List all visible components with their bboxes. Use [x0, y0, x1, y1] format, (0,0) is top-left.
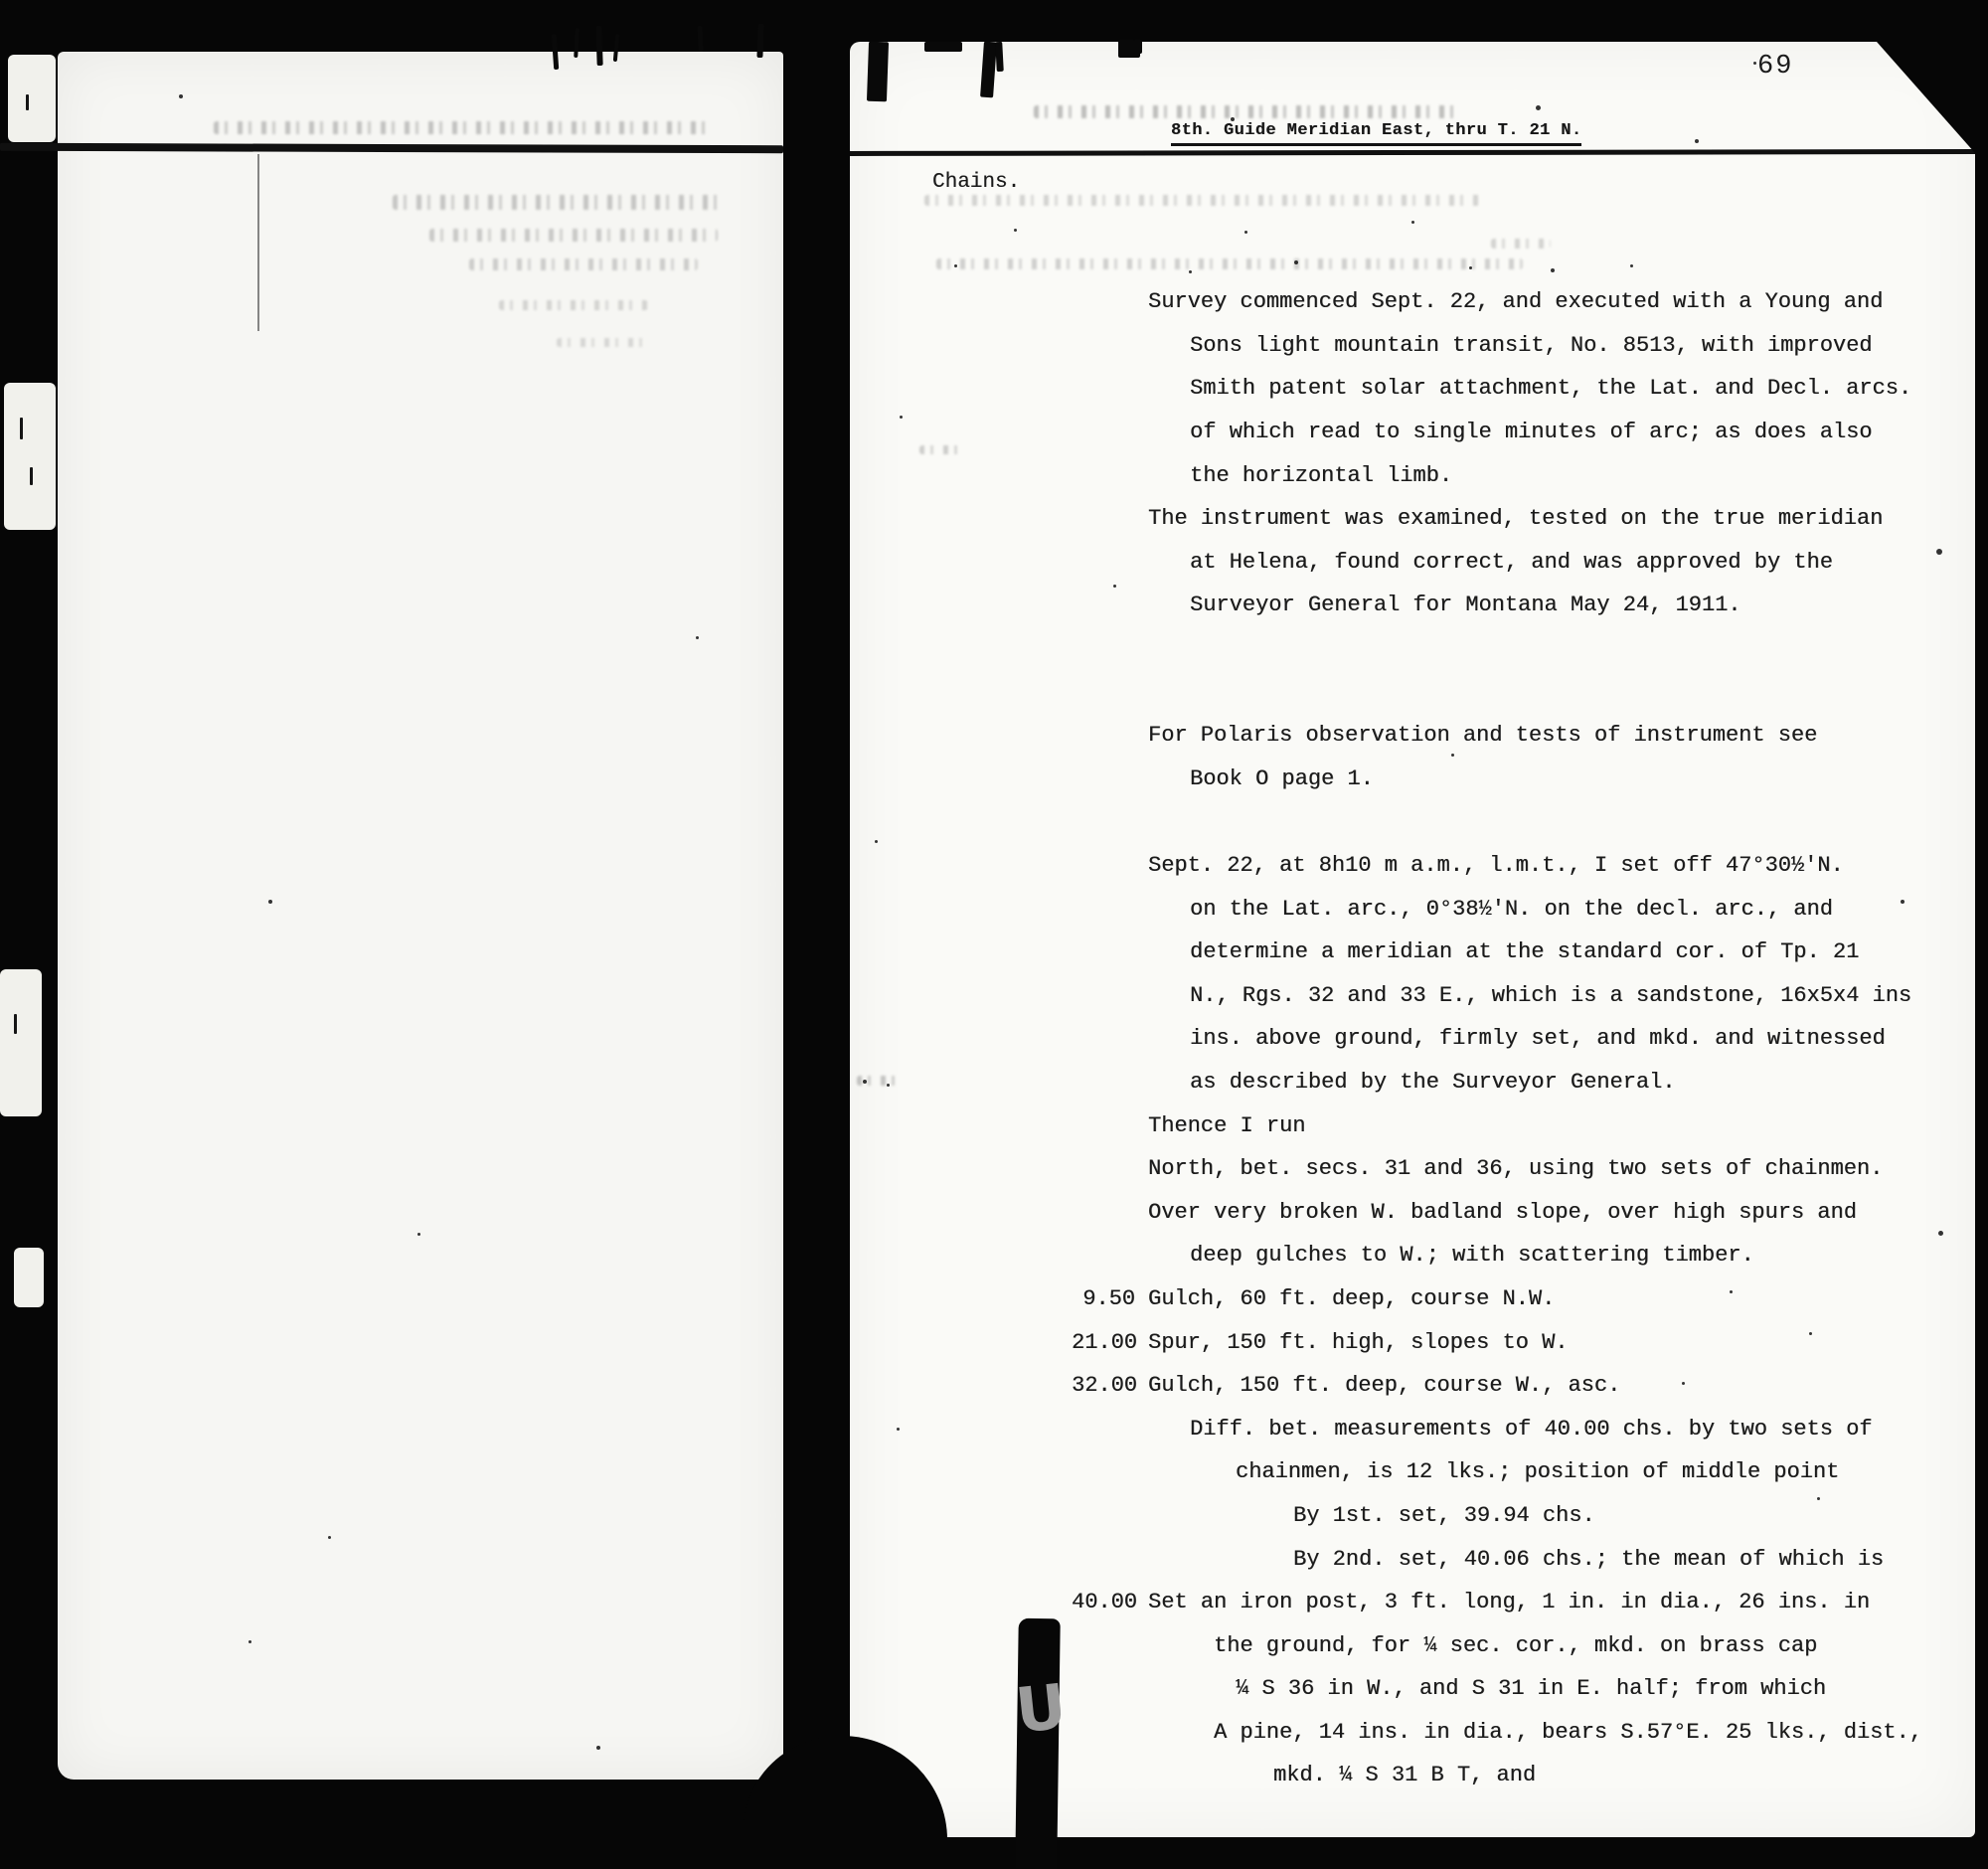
- note-line-text: Smith patent solar attachment, the Lat. …: [1148, 376, 1911, 401]
- scanned-survey-notebook: 69 8th. Guide Meridian East, thru T. 21 …: [0, 0, 1988, 1869]
- scan-speck: [1536, 105, 1541, 110]
- note-line: at Helena, found correct, and was approv…: [1072, 541, 1956, 585]
- scan-speck: [1244, 231, 1247, 234]
- note-line: 32.00 Gulch, 150 ft. deep, course W., as…: [1072, 1364, 1956, 1408]
- chains-column-header: Chains.: [932, 171, 1020, 194]
- bleedthrough-smudge: [936, 258, 1523, 269]
- page-title: 8th. Guide Meridian East, thru T. 21 N.: [1171, 121, 1581, 146]
- bleedthrough-smudge: [393, 195, 721, 210]
- scan-speck: [1753, 62, 1756, 65]
- scan-speck: [1113, 585, 1116, 588]
- note-line-text: Set an iron post, 3 ft. long, 1 in. in d…: [1148, 1590, 1870, 1614]
- note-line-text: Book O page 1.: [1148, 766, 1374, 791]
- bleedthrough-smudge: [429, 229, 718, 242]
- note-line-text: of which read to single minutes of arc; …: [1148, 420, 1873, 444]
- bleedthrough-smudge: [1491, 239, 1551, 249]
- scan-streak: [924, 42, 962, 52]
- note-line-text: Sons light mountain transit, No. 8513, w…: [1148, 333, 1873, 358]
- chainage-value: 40.00: [1072, 1590, 1135, 1614]
- note-line: Smith patent solar attachment, the Lat. …: [1072, 367, 1956, 411]
- scan-speck: [1938, 1231, 1943, 1236]
- scan-streak: [995, 42, 1004, 72]
- scan-speck: [1936, 549, 1942, 555]
- scan-streak: [595, 26, 602, 66]
- note-line: the ground, for ¼ sec. cor., mkd. on bra…: [1072, 1623, 1956, 1667]
- fold-crease: [257, 154, 259, 331]
- note-line-text: N., Rgs. 32 and 33 E., which is a sandst…: [1148, 983, 1911, 1008]
- bleedthrough-smudge: [924, 195, 1481, 206]
- scan-speck: [897, 1428, 900, 1431]
- note-line: Sept. 22, at 8h10 m a.m., l.m.t., I set …: [1072, 844, 1956, 888]
- scan-speck: [863, 1080, 867, 1084]
- scan-speck: [1411, 221, 1414, 224]
- scan-speck: [1451, 754, 1454, 757]
- bleedthrough-smudge: [469, 258, 698, 270]
- scan-speck: [1469, 266, 1472, 269]
- note-line: on the Lat. arc., 0°38½'N. on the decl. …: [1072, 887, 1956, 931]
- chainage-value: 32.00: [1072, 1373, 1135, 1398]
- border-gap-mark: [26, 94, 29, 110]
- note-line-text: For Polaris observation and tests of ins…: [1148, 723, 1817, 748]
- scan-speck: [417, 1233, 420, 1236]
- bleedthrough-smudge: [919, 445, 959, 454]
- note-line: determine a meridian at the standard cor…: [1072, 931, 1956, 974]
- scan-speck: [268, 900, 272, 904]
- note-line-text: Surveyor General for Montana May 24, 191…: [1148, 593, 1741, 617]
- watermark-glyph: U: [1013, 1676, 1070, 1743]
- note-line: deep gulches to W.; with scattering timb…: [1072, 1234, 1956, 1277]
- note-line-text: Gulch, 150 ft. deep, course W., asc.: [1148, 1373, 1620, 1398]
- note-line-text: ¼ S 36 in W., and S 31 in E. half; from …: [1148, 1676, 1826, 1701]
- note-line-text: on the Lat. arc., 0°38½'N. on the decl. …: [1148, 897, 1833, 922]
- note-line: mkd. ¼ S 31 B T, and: [1072, 1754, 1956, 1797]
- note-line: The instrument was examined, tested on t…: [1072, 497, 1956, 541]
- note-line-text: mkd. ¼ S 31 B T, and: [1148, 1763, 1536, 1787]
- scan-streak: [1133, 40, 1142, 54]
- note-line: chainmen, is 12 lks.; position of middle…: [1072, 1450, 1956, 1494]
- note-line: [1072, 627, 1956, 671]
- note-line-text: at Helena, found correct, and was approv…: [1148, 550, 1833, 575]
- note-line: as described by the Surveyor General.: [1072, 1061, 1956, 1104]
- scan-speck: [1551, 268, 1555, 272]
- note-line: Book O page 1.: [1072, 758, 1956, 801]
- scan-speck: [1294, 260, 1298, 264]
- scan-speck: [1817, 1497, 1820, 1500]
- note-line-text: Survey commenced Sept. 22, and executed …: [1148, 289, 1883, 314]
- scan-speck: [1809, 1332, 1812, 1335]
- bleedthrough-smudge: [557, 338, 646, 347]
- scan-speck: [1682, 1382, 1685, 1385]
- left-page: [58, 52, 783, 1780]
- scan-speck: [248, 1640, 251, 1643]
- note-line-text: Over very broken W. badland slope, over …: [1148, 1200, 1857, 1225]
- note-line: Thence I run: [1072, 1104, 1956, 1147]
- note-line-text: the horizontal limb.: [1148, 463, 1452, 488]
- bleedthrough-smudge: [499, 300, 648, 310]
- chainage-value: 21.00: [1072, 1330, 1135, 1355]
- note-line-text: Gulch, 60 ft. deep, course N.W.: [1148, 1286, 1555, 1311]
- border-gap: [4, 383, 56, 530]
- note-line: For Polaris observation and tests of ins…: [1072, 714, 1956, 758]
- note-line: ins. above ground, firmly set, and mkd. …: [1072, 1017, 1956, 1061]
- scan-speck: [179, 94, 183, 98]
- page-number: 69: [1757, 52, 1793, 82]
- scan-streak: [756, 24, 763, 58]
- note-line-text: determine a meridian at the standard cor…: [1148, 939, 1859, 964]
- scan-speck: [1901, 900, 1905, 904]
- note-line: By 1st. set, 39.94 chs.: [1072, 1494, 1956, 1538]
- border-gap: [0, 969, 42, 1116]
- note-line: Over very broken W. badland slope, over …: [1072, 1190, 1956, 1234]
- scan-speck: [328, 1536, 331, 1539]
- note-line: By 2nd. set, 40.06 chs.; the mean of whi…: [1072, 1537, 1956, 1581]
- scan-speck: [900, 416, 903, 419]
- scan-streak: [867, 42, 889, 102]
- note-line-text: chainmen, is 12 lks.; position of middle…: [1148, 1459, 1839, 1484]
- scan-speck: [1630, 264, 1633, 267]
- note-line-text: ins. above ground, firmly set, and mkd. …: [1148, 1026, 1886, 1051]
- note-line: [1072, 800, 1956, 844]
- note-line: Survey commenced Sept. 22, and executed …: [1072, 280, 1956, 324]
- border-gap: [8, 55, 56, 142]
- note-line: N., Rgs. 32 and 33 E., which is a sandst…: [1072, 974, 1956, 1018]
- note-line: the horizontal limb.: [1072, 453, 1956, 497]
- scan-speck: [596, 1746, 600, 1750]
- note-line: 40.00 Set an iron post, 3 ft. long, 1 in…: [1072, 1581, 1956, 1624]
- border-gap-mark: [20, 418, 23, 439]
- bleedthrough-smudge: [1034, 105, 1461, 118]
- field-notes-body: Survey commenced Sept. 22, and executed …: [1072, 280, 1956, 1797]
- note-line: 9.50 Gulch, 60 ft. deep, course N.W.: [1072, 1277, 1956, 1321]
- note-line: of which read to single minutes of arc; …: [1072, 411, 1956, 454]
- note-line-text: as described by the Surveyor General.: [1148, 1070, 1675, 1095]
- border-gap-mark: [14, 1014, 17, 1034]
- scan-speck: [1695, 139, 1699, 143]
- note-line-text: Diff. bet. measurements of 40.00 chs. by…: [1148, 1417, 1873, 1442]
- note-line-text: A pine, 14 ins. in dia., bears S.57°E. 2…: [1148, 1720, 1922, 1745]
- scan-speck: [887, 1084, 890, 1087]
- scan-speck: [1189, 270, 1192, 273]
- note-line-text: the ground, for ¼ sec. cor., mkd. on bra…: [1148, 1633, 1817, 1658]
- scan-speck: [1014, 229, 1017, 232]
- note-line: Surveyor General for Montana May 24, 191…: [1072, 584, 1956, 627]
- scan-streak: [697, 26, 703, 52]
- note-line: 21.00 Spur, 150 ft. high, slopes to W.: [1072, 1320, 1956, 1364]
- note-line-text: North, bet. secs. 31 and 36, using two s…: [1148, 1156, 1883, 1181]
- scan-speck: [875, 840, 878, 843]
- note-line-text: Thence I run: [1148, 1113, 1305, 1138]
- chainage-value: 9.50: [1072, 1286, 1135, 1311]
- scan-speck: [954, 264, 957, 267]
- note-line-text: deep gulches to W.; with scattering timb…: [1148, 1243, 1754, 1268]
- note-line: A pine, 14 ins. in dia., bears S.57°E. 2…: [1072, 1711, 1956, 1755]
- note-line: North, bet. secs. 31 and 36, using two s…: [1072, 1147, 1956, 1191]
- note-line: Sons light mountain transit, No. 8513, w…: [1072, 324, 1956, 368]
- note-line-text: Sept. 22, at 8h10 m a.m., l.m.t., I set …: [1148, 853, 1844, 878]
- scan-speck: [696, 636, 699, 639]
- note-line-text: The instrument was examined, tested on t…: [1148, 506, 1883, 531]
- border-gap-mark: [30, 467, 33, 485]
- note-line-text: Spur, 150 ft. high, slopes to W.: [1148, 1330, 1568, 1355]
- note-line-text: By 1st. set, 39.94 chs.: [1148, 1503, 1595, 1528]
- border-gap: [14, 1248, 44, 1307]
- scan-speck: [1730, 1290, 1733, 1293]
- note-line: Diff. bet. measurements of 40.00 chs. by…: [1072, 1407, 1956, 1450]
- bleedthrough-smudge: [214, 121, 711, 134]
- note-line: ¼ S 36 in W., and S 31 in E. half; from …: [1072, 1667, 1956, 1711]
- note-line-text: By 2nd. set, 40.06 chs.; the mean of whi…: [1148, 1547, 1884, 1572]
- note-line: [1072, 670, 1956, 714]
- scan-speck: [1231, 117, 1235, 121]
